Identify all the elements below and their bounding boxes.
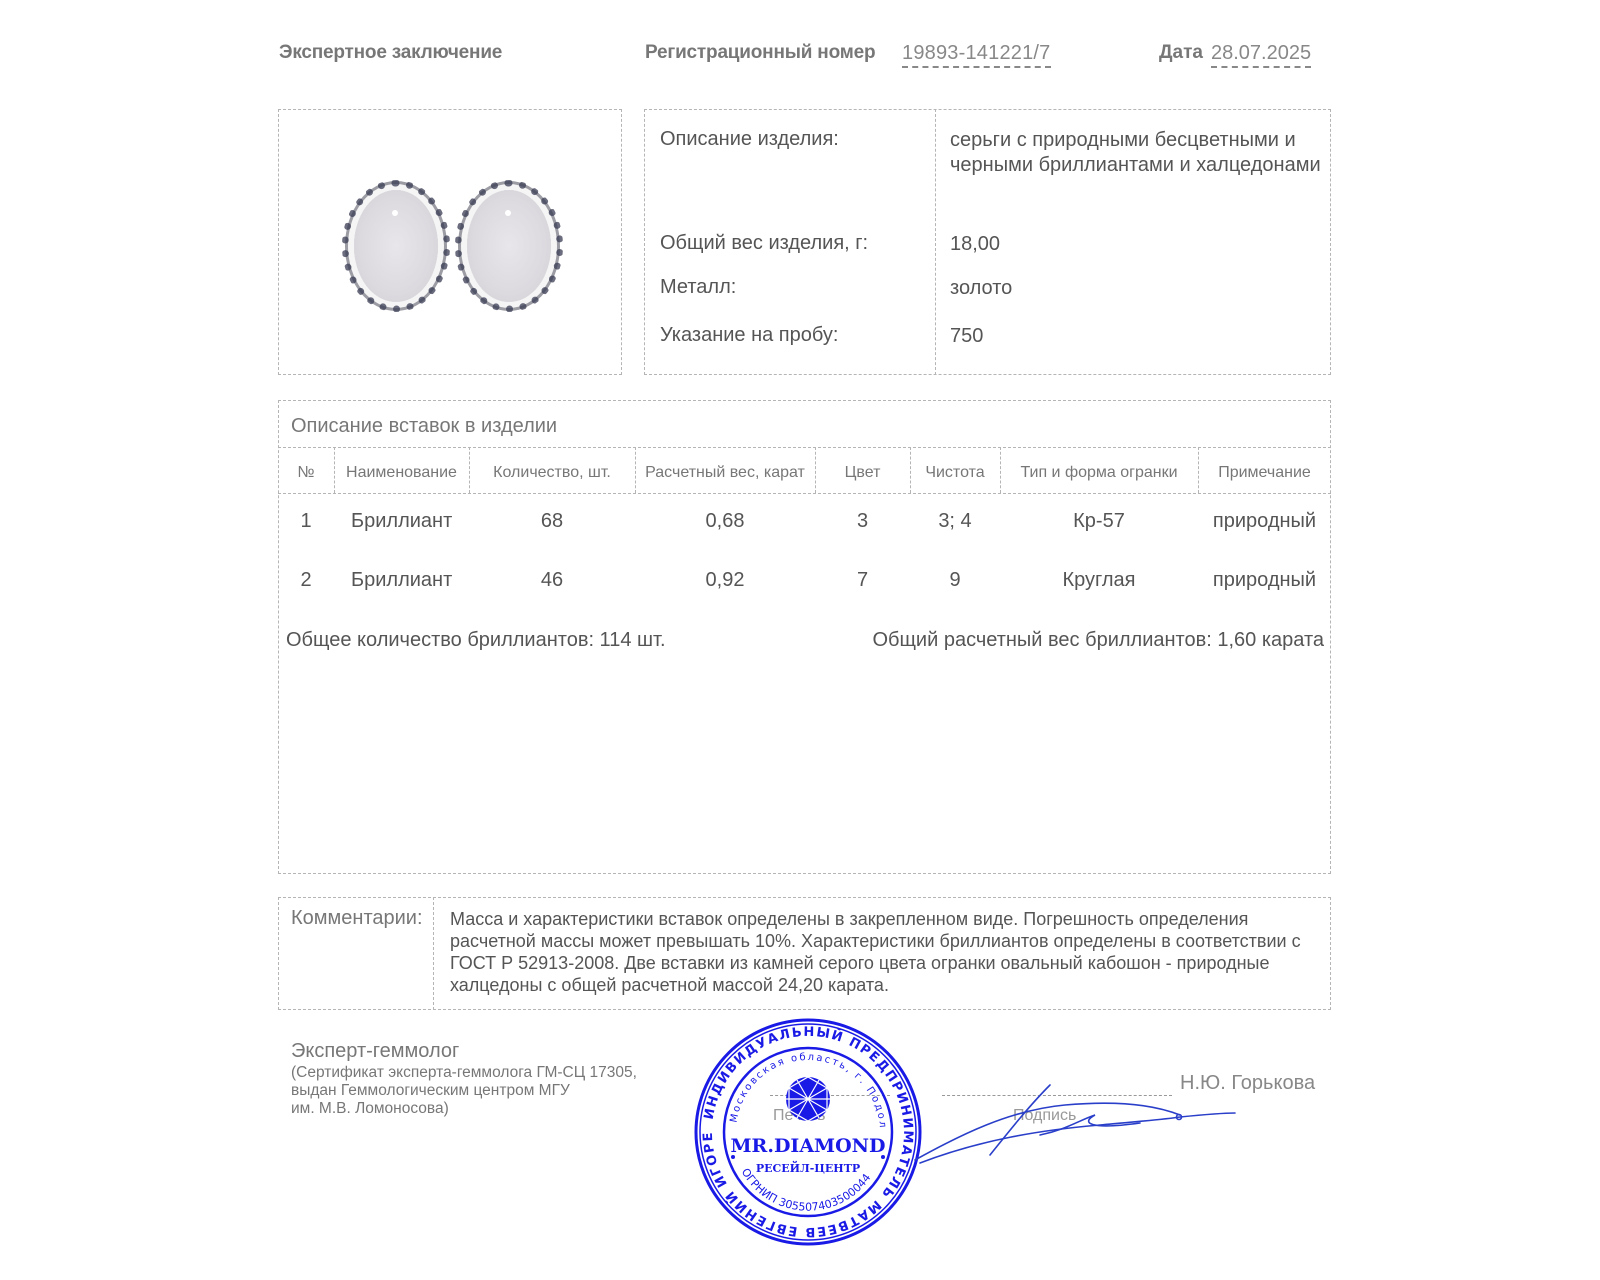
inserts-title: Описание вставок в изделии <box>291 415 557 438</box>
comments-divider <box>433 897 434 1010</box>
detail-label-weight: Общий вес изделия, г: <box>660 232 868 255</box>
expert-certificate-line: им. М.В. Ломоносова) <box>291 1100 637 1118</box>
cell-number: 2 <box>278 569 334 592</box>
earring-left-image <box>354 190 438 302</box>
cell-note: природный <box>1198 569 1331 592</box>
cell-clarity: 3; 4 <box>910 510 1000 533</box>
product-photo <box>278 109 622 375</box>
cell-name: Бриллиант <box>351 569 452 592</box>
column-header-name: Наименование <box>334 464 469 482</box>
detail-label-description: Описание изделия: <box>660 128 839 151</box>
expert-certificate-line: выдан Геммологическим центром МГУ <box>291 1082 637 1100</box>
cell-color: 3 <box>815 510 910 533</box>
svg-text:MR.DIAMOND: MR.DIAMOND <box>731 1135 886 1157</box>
cell-cut: Круглая <box>1000 569 1198 592</box>
registration-number-value: 19893-141221/7 <box>902 42 1051 68</box>
column-header-weight: Расчетный вес, карат <box>635 464 815 482</box>
cell-quantity: 68 <box>469 510 635 533</box>
signature-icon <box>900 1075 1250 1165</box>
column-header-note: Примечание <box>1198 464 1331 482</box>
cell-color: 7 <box>815 569 910 592</box>
registration-number-label: Регистрационный номер <box>645 42 875 64</box>
column-header-color: Цвет <box>815 464 910 482</box>
date-value: 28.07.2025 <box>1211 42 1311 68</box>
earring-right-image <box>467 190 551 302</box>
total-diamond-count: Общее количество бриллиантов: 114 шт. <box>286 629 666 652</box>
detail-label-metal: Металл: <box>660 276 736 299</box>
table-header-top-border <box>278 447 1331 448</box>
detail-label-assay: Указание на пробу: <box>660 324 838 347</box>
table-header-bottom-border <box>278 493 1331 494</box>
comments-label: Комментарии: <box>291 907 423 930</box>
cell-note: природный <box>1198 510 1331 533</box>
detail-value-metal: золото <box>950 276 1012 301</box>
column-header-cut: Тип и форма огранки <box>1000 464 1198 482</box>
cell-cut: Кр-57 <box>1000 510 1198 533</box>
cell-clarity: 9 <box>910 569 1000 592</box>
cell-weight: 0,68 <box>635 510 815 533</box>
cell-name: Бриллиант <box>351 510 452 533</box>
date-label: Дата <box>1159 42 1203 64</box>
detail-value-assay: 750 <box>950 324 983 349</box>
column-header-quantity: Количество, шт. <box>469 464 635 482</box>
expert-certificate: (Сертификат эксперта-геммолога ГМ-СЦ 173… <box>291 1064 637 1118</box>
expert-certificate-line: (Сертификат эксперта-геммолога ГМ-СЦ 173… <box>291 1064 637 1082</box>
expert-title: Эксперт-геммолог <box>291 1040 459 1063</box>
comments-text: Масса и характеристики вставок определен… <box>450 908 1330 996</box>
detail-value-weight: 18,00 <box>950 232 1000 257</box>
company-stamp-icon: ИНДИВИДУАЛЬНЫЙ ПРЕДПРИНИМАТЕЛЬ МАТВЕЕВ Е… <box>693 1017 923 1247</box>
svg-text:РЕСЕЙЛ-ЦЕНТР: РЕСЕЙЛ-ЦЕНТР <box>756 1160 860 1175</box>
column-header-number: № <box>278 464 334 482</box>
cell-number: 1 <box>278 510 334 533</box>
document-title: Экспертное заключение <box>279 42 502 64</box>
cell-weight: 0,92 <box>635 569 815 592</box>
column-header-clarity: Чистота <box>910 464 1000 482</box>
total-diamond-weight: Общий расчетный вес бриллиантов: 1,60 ка… <box>872 629 1324 652</box>
detail-value-description: серьги с природными бесцветными и черным… <box>950 128 1335 178</box>
cell-quantity: 46 <box>469 569 635 592</box>
details-divider <box>935 109 936 375</box>
